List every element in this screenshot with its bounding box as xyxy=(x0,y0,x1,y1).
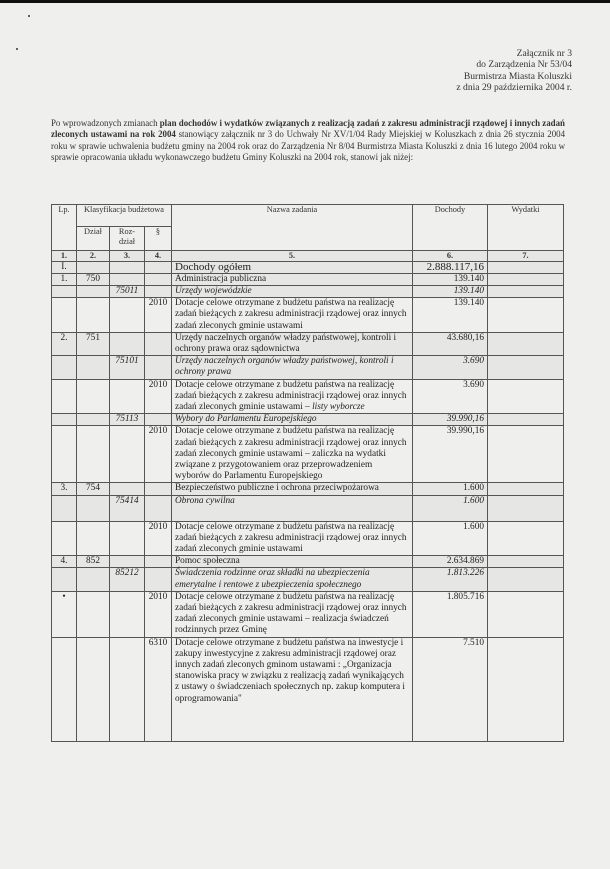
italic-note: listy wyborcze xyxy=(312,402,365,412)
cell-dzial xyxy=(77,298,110,333)
cell-wydatki xyxy=(488,521,564,556)
attachment-number: Załącznik nr 3 xyxy=(456,48,572,59)
cell-nazwa: Dochody ogółem xyxy=(172,261,413,273)
cell-wydatki xyxy=(488,261,564,273)
col-klasyfikacja: Klasyfikacja budżetowa xyxy=(77,205,172,227)
cell-dochody: 7.510 xyxy=(413,637,488,741)
cell-lp xyxy=(52,414,77,426)
cell-lp: 2. xyxy=(52,332,77,355)
cell-paragraf: 2010 xyxy=(145,379,172,414)
cell-wydatki xyxy=(488,414,564,426)
cell-lp xyxy=(52,495,77,521)
table-row: 75414Obrona cywilna1.600 xyxy=(52,495,564,521)
cell-rozdzial xyxy=(110,332,145,355)
cell-wydatki xyxy=(488,495,564,521)
issuer: Burmistrza Miasta Koluszki xyxy=(456,71,572,82)
table-row: 2010Dotacje celowe otrzymane z budżetu p… xyxy=(52,521,564,556)
table-row: 2010Dotacje celowe otrzymane z budżetu p… xyxy=(52,426,564,483)
cell-lp xyxy=(52,568,77,591)
scan-speck xyxy=(28,15,30,17)
cell-nazwa: Dotacje celowe otrzymane z budżetu państ… xyxy=(172,379,413,414)
cell-rozdzial: 75113 xyxy=(110,414,145,426)
cell-dochody: 139.140 xyxy=(413,298,488,333)
cell-dzial xyxy=(77,356,110,379)
cell-wydatki xyxy=(488,483,564,495)
cell-nazwa: Wybory do Parlamentu Europejskiego xyxy=(172,414,413,426)
cell-dzial xyxy=(77,637,110,741)
table-row: 2010Dotacje celowe otrzymane z budżetu p… xyxy=(52,298,564,333)
cell-wydatki xyxy=(488,285,564,297)
cell-lp xyxy=(52,285,77,297)
cell-paragraf: 2010 xyxy=(145,298,172,333)
cell-dochody: 39.990,16 xyxy=(413,414,488,426)
budget-rows: I.Dochody ogółem2.888.117,161.750Adminis… xyxy=(52,261,564,741)
cell-dochody: 1.805.716 xyxy=(413,591,488,637)
cell-nazwa: Bezpieczeństwo publiczne i ochrona przec… xyxy=(172,483,413,495)
cell-lp: 3. xyxy=(52,483,77,495)
table-row: 75011Urzędy wojewódzkie139.140 xyxy=(52,285,564,297)
cell-paragraf xyxy=(145,556,172,568)
cell-lp: 1. xyxy=(52,273,77,285)
cell-dzial xyxy=(77,568,110,591)
cell-paragraf xyxy=(145,568,172,591)
cell-dochody: 43.680,16 xyxy=(413,332,488,355)
cell-rozdzial xyxy=(110,261,145,273)
cell-paragraf xyxy=(145,414,172,426)
col-nazwa: Nazwa zadania xyxy=(172,205,413,251)
cell-wydatki xyxy=(488,568,564,591)
cell-lp: • xyxy=(52,591,77,637)
attachment-header: Załącznik nr 3 do Zarządzenia Nr 53/04 B… xyxy=(456,48,572,93)
cell-dochody: 2.634.869 xyxy=(413,556,488,568)
cell-wydatki xyxy=(488,298,564,333)
cell-nazwa: Dotacje celowe otrzymane z budżetu państ… xyxy=(172,637,413,741)
table-row: 1.750Administracja publiczna139.140 xyxy=(52,273,564,285)
cell-dzial xyxy=(77,521,110,556)
cell-nazwa: Dotacje celowe otrzymane z budżetu państ… xyxy=(172,521,413,556)
table-row: 75101Urzędy naczelnych organów władzy pa… xyxy=(52,356,564,379)
cell-nazwa: Dotacje celowe otrzymane z budżetu państ… xyxy=(172,591,413,637)
table-row: 4.852Pomoc społeczna2.634.869 xyxy=(52,556,564,568)
cell-rozdzial xyxy=(110,637,145,741)
cell-paragraf xyxy=(145,332,172,355)
cell-rozdzial xyxy=(110,273,145,285)
cell-dzial xyxy=(77,591,110,637)
cell-wydatki xyxy=(488,556,564,568)
cell-dzial: 852 xyxy=(77,556,110,568)
scan-speck xyxy=(16,48,18,50)
cell-rozdzial xyxy=(110,521,145,556)
cell-wydatki xyxy=(488,637,564,741)
cell-nazwa: Dotacje celowe otrzymane z budżetu państ… xyxy=(172,426,413,483)
cell-dochody: 1.600 xyxy=(413,521,488,556)
cell-rozdzial: 75011 xyxy=(110,285,145,297)
cell-nazwa: Pomoc społeczna xyxy=(172,556,413,568)
cell-dochody: 139.140 xyxy=(413,285,488,297)
cell-nazwa: Świadczenia rodzinne oraz składki na ube… xyxy=(172,568,413,591)
cell-dzial xyxy=(77,379,110,414)
cell-rozdzial xyxy=(110,426,145,483)
cell-nazwa: Urzędy naczelnych organów władzy państwo… xyxy=(172,332,413,355)
cell-dochody: 1.813.226 xyxy=(413,568,488,591)
cell-dochody: 3.690 xyxy=(413,379,488,414)
cell-paragraf xyxy=(145,261,172,273)
intro-paragraph: Po wprowadzonych zmianach plan dochodów … xyxy=(51,118,565,163)
cell-paragraf xyxy=(145,495,172,521)
ordinance-number: do Zarządzenia Nr 53/04 xyxy=(456,59,572,70)
cell-lp xyxy=(52,637,77,741)
cell-nazwa: Dotacje celowe otrzymane z budżetu państ… xyxy=(172,298,413,333)
cell-dzial xyxy=(77,414,110,426)
col-rozdzial: Roz-dział xyxy=(110,227,145,251)
cell-rozdzial xyxy=(110,483,145,495)
cell-rozdzial: 75414 xyxy=(110,495,145,521)
scan-top-edge xyxy=(0,0,610,3)
cell-nazwa: Urzędy wojewódzkie xyxy=(172,285,413,297)
table-row: 6310Dotacje celowe otrzymane z budżetu p… xyxy=(52,637,564,741)
cell-dochody: 2.888.117,16 xyxy=(413,261,488,273)
cell-paragraf: 2010 xyxy=(145,426,172,483)
cell-wydatki xyxy=(488,356,564,379)
cell-dzial: 754 xyxy=(77,483,110,495)
cell-wydatki xyxy=(488,332,564,355)
cell-rozdzial: 75101 xyxy=(110,356,145,379)
cell-dzial xyxy=(77,285,110,297)
col-dzial: Dział xyxy=(77,227,110,251)
cell-rozdzial xyxy=(110,556,145,568)
column-number-row: 1. 2. 3. 4. 5. 6. 7. xyxy=(52,251,564,262)
cell-dzial xyxy=(77,261,110,273)
cell-nazwa: Urzędy naczelnych organów władzy państwo… xyxy=(172,356,413,379)
table-row: •2010Dotacje celowe otrzymane z budżetu … xyxy=(52,591,564,637)
table-row: 75113Wybory do Parlamentu Europejskiego3… xyxy=(52,414,564,426)
cell-paragraf xyxy=(145,356,172,379)
cell-lp xyxy=(52,521,77,556)
cell-dzial: 751 xyxy=(77,332,110,355)
table-row: I.Dochody ogółem2.888.117,16 xyxy=(52,261,564,273)
cell-dzial: 750 xyxy=(77,273,110,285)
cell-lp xyxy=(52,426,77,483)
table-row: 2.751Urzędy naczelnych organów władzy pa… xyxy=(52,332,564,355)
cell-lp xyxy=(52,356,77,379)
cell-nazwa: Obrona cywilna xyxy=(172,495,413,521)
cell-lp xyxy=(52,379,77,414)
cell-paragraf: 6310 xyxy=(145,637,172,741)
col-paragraf: § xyxy=(145,227,172,251)
budget-table: Lp. Klasyfikacja budżetowa Nazwa zadania… xyxy=(51,204,564,742)
cell-dochody: 1.600 xyxy=(413,495,488,521)
cell-wydatki xyxy=(488,426,564,483)
cell-lp xyxy=(52,298,77,333)
cell-dochody: 3.690 xyxy=(413,356,488,379)
cell-dzial xyxy=(77,426,110,483)
cell-paragraf xyxy=(145,273,172,285)
cell-rozdzial xyxy=(110,591,145,637)
table-row: 2010Dotacje celowe otrzymane z budżetu p… xyxy=(52,379,564,414)
cell-lp: I. xyxy=(52,261,77,273)
cell-dochody: 139.140 xyxy=(413,273,488,285)
col-lp: Lp. xyxy=(52,205,77,251)
cell-wydatki xyxy=(488,591,564,637)
col-wydatki: Wydatki xyxy=(488,205,564,251)
cell-nazwa: Administracja publiczna xyxy=(172,273,413,285)
cell-wydatki xyxy=(488,273,564,285)
table-row: 85212Świadczenia rodzinne oraz składki n… xyxy=(52,568,564,591)
issue-date: z dnia 29 października 2004 r. xyxy=(456,82,572,93)
cell-rozdzial xyxy=(110,298,145,333)
cell-paragraf xyxy=(145,483,172,495)
cell-paragraf: 2010 xyxy=(145,521,172,556)
table-row: 3.754Bezpieczeństwo publiczne i ochrona … xyxy=(52,483,564,495)
cell-dzial xyxy=(77,495,110,521)
cell-rozdzial: 85212 xyxy=(110,568,145,591)
cell-dochody: 39.990,16 xyxy=(413,426,488,483)
col-dochody: Dochody xyxy=(413,205,488,251)
cell-wydatki xyxy=(488,379,564,414)
cell-paragraf xyxy=(145,285,172,297)
cell-paragraf: 2010 xyxy=(145,591,172,637)
cell-lp: 4. xyxy=(52,556,77,568)
cell-dochody: 1.600 xyxy=(413,483,488,495)
cell-rozdzial xyxy=(110,379,145,414)
